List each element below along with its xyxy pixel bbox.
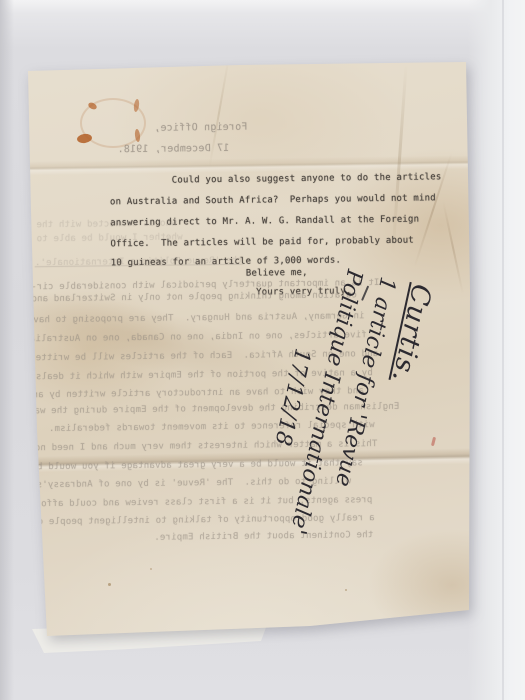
- mirrored-date: 17 December, 1918.: [117, 143, 229, 155]
- mirrored-letterhead: Foreign Office,: [154, 122, 247, 134]
- photo-backdrop: Foreign Office, 17 December, 1918. Could…: [0, 0, 525, 700]
- typed-line: Could you also suggest anyone to do the …: [172, 172, 442, 185]
- typed-line: on Australia and South Africa? Perhaps y…: [110, 193, 436, 207]
- mirrored-fragment: whether I would be able to: [36, 232, 182, 244]
- letter-sheet-wrap: Foreign Office, 17 December, 1918. Could…: [0, 0, 525, 700]
- mirrored-fragment: who is connected with the: [36, 219, 177, 231]
- letter-content: Foreign Office, 17 December, 1918. Could…: [0, 0, 525, 700]
- valediction: Believe me,: [246, 268, 308, 279]
- letter-sheet: Foreign Office, 17 December, 1918. Could…: [0, 0, 525, 700]
